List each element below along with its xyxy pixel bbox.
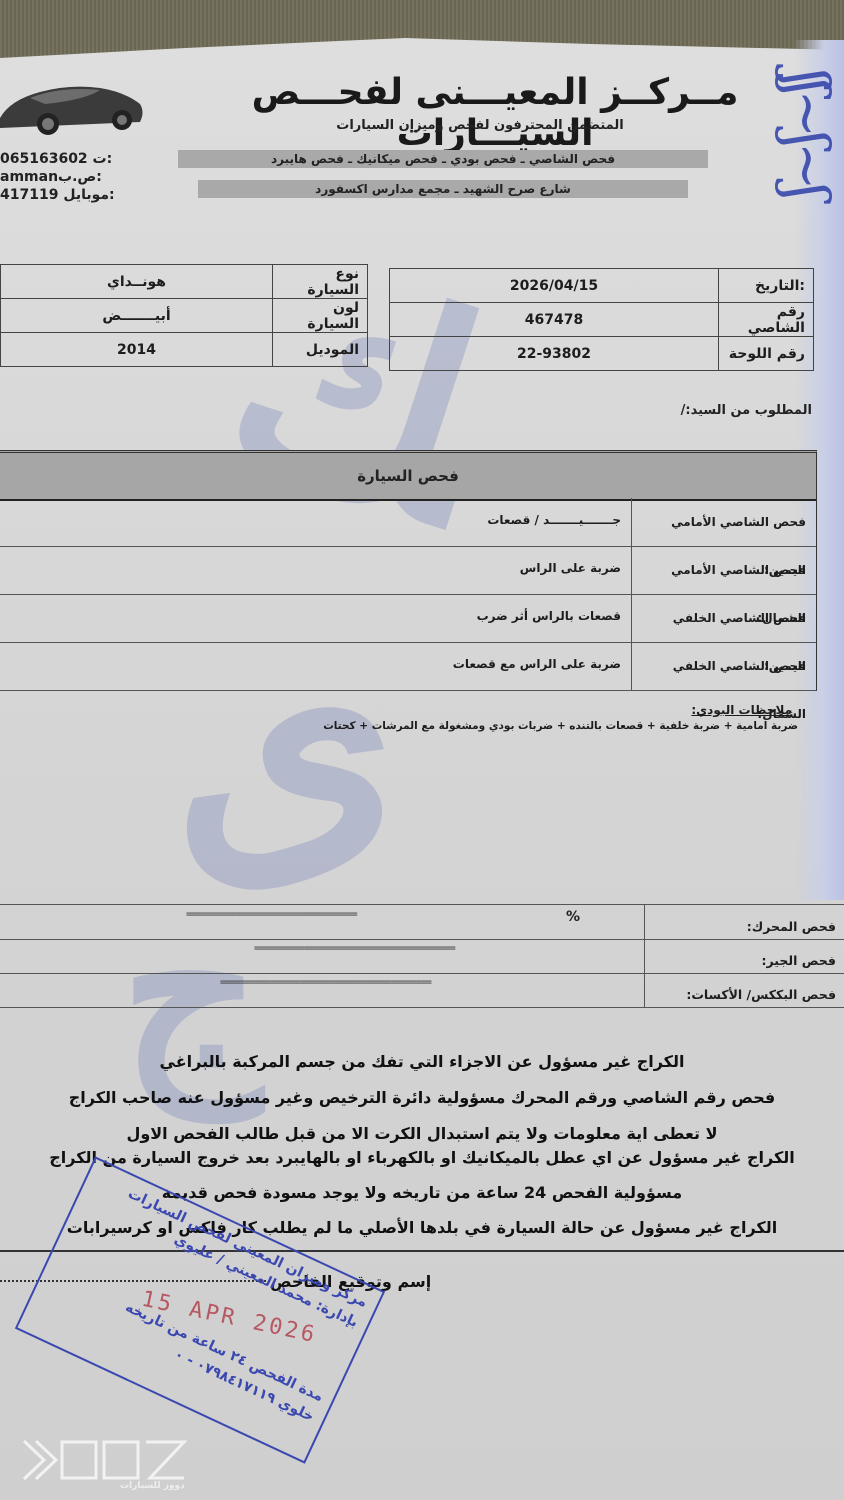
center-title: مــركــز المعيـــنى لفحـــص السيـــارات	[170, 72, 820, 154]
mech-row-gear: فحص الجير: =============================…	[0, 939, 844, 974]
inspection-id-table: 2026/04/15 التاريخ: 467478 رقم الشاصي 22…	[389, 268, 814, 371]
table-row: 22-93802 رقم اللوحة	[390, 337, 814, 371]
check-row-front-left: فحص الشاصي الأمامي الشمال: ضربة على الرا…	[0, 546, 817, 595]
table-row: هونــداي نوع السيارة	[1, 265, 368, 299]
check-row-rear-left: فحص الشاصي الخلفي الشمال: ضربة على الراس…	[0, 642, 817, 691]
table-row: أبيـــــــض لون السيارة	[1, 299, 368, 333]
car-make-label: نوع السيارة	[273, 265, 368, 299]
disclaimer-line: لا تعطى اية معلومات ولا يتم استبدال الكر…	[0, 1124, 844, 1143]
table-row: 467478 رقم الشاصي	[390, 303, 814, 337]
services-bar: فحص الشاصي ـ فحص بودي ـ فحص ميكانيك ـ فح…	[178, 150, 708, 168]
car-model-label: الموديل	[273, 333, 368, 367]
pobox-value: amman	[0, 169, 58, 185]
check-label: فحص الشاصي الأمامي الشمال:	[631, 546, 816, 594]
mech-row-axles: فحص البككس/ الأكسات: ===================…	[0, 973, 844, 1008]
check-value: جـــــــيـــــــد / قصعات	[487, 498, 621, 546]
check-value: قصعات بالراس أثر ضرب	[477, 594, 621, 642]
chassis-number-value: 467478	[390, 303, 719, 337]
section-title-car-inspection: فحص السيارة	[0, 450, 817, 501]
car-logo-icon	[0, 78, 145, 138]
phone-line: 065163602 ت:	[0, 150, 115, 168]
plate-number-value: 22-93802	[390, 337, 719, 371]
mobile-label: موبايل:	[63, 187, 114, 203]
date-label: التاريخ:	[719, 269, 814, 303]
table-row: 2026/04/15 التاريخ:	[390, 269, 814, 303]
disclaimer-line: الكراج غير مسؤول عن الاجزاء التي تفك من …	[0, 1052, 844, 1071]
pobox-label: ص.ب:	[58, 169, 102, 185]
phone-value: 065163602	[0, 151, 88, 167]
dooz-subtitle: دووز للسيارات	[120, 1481, 185, 1491]
mech-row-engine: فحص المحرك: % ==========================…	[0, 905, 844, 940]
car-color-label: لون السيارة	[273, 299, 368, 333]
mobile-value: 417119	[0, 187, 58, 203]
body-notes-text: ضربة امامية + ضربة خلفية + قصعات بالتنده…	[323, 720, 798, 732]
mech-value: ========================================…	[220, 977, 431, 988]
car-make-value: هونــداي	[1, 265, 273, 299]
check-value: ضربة على الراس مع قصعات	[453, 642, 621, 690]
requested-from-label: المطلوب من السيد:/	[681, 403, 812, 418]
disclaimer-line: فحص رقم الشاصي ورقم المحرك مسؤولية دائرة…	[0, 1088, 844, 1107]
pobox-line: ammanص.ب:	[0, 168, 115, 186]
check-row-front-right: فحص الشاصي الأمامي اليمين: جـــــــيــــ…	[0, 498, 817, 547]
car-color-value: أبيـــــــض	[1, 299, 273, 333]
address-bar: شارع صرح الشهيد ـ مجمع مدارس اكسفورد	[198, 180, 688, 198]
check-label: فحص الشاصي الخلفي اليمين:	[631, 594, 816, 642]
check-label: فحص الشاصي الخلفي الشمال:	[631, 642, 816, 690]
mobile-line: 417119 موبايل:	[0, 186, 115, 204]
disclaimer-line: الكراج غير مسؤول عن اي عطل بالميكانيك او…	[0, 1148, 844, 1167]
check-label: فحص الشاصي الأمامي اليمين:	[631, 498, 816, 546]
check-row-rear-right: فحص الشاصي الخلفي اليمين: قصعات بالراس أ…	[0, 594, 817, 643]
mech-label: فحص البككس/ الأكسات:	[644, 973, 844, 1007]
mech-value: ========================================	[254, 943, 455, 954]
mech-value: ==================================	[186, 909, 357, 920]
phone-label: ت:	[93, 151, 113, 167]
engine-percent: %	[566, 909, 580, 925]
dooz-logo-icon	[22, 1438, 187, 1483]
plate-number-label: رقم اللوحة	[719, 337, 814, 371]
vehicle-type-table: هونــداي نوع السيارة أبيـــــــض لون الس…	[0, 264, 368, 367]
table-row: 2014 الموديل	[1, 333, 368, 367]
mech-label: فحص المحرك:	[644, 905, 844, 939]
center-subtitle: المتضمن المحترفون لفحص وميزان السيارات	[330, 118, 630, 133]
contact-block: 065163602 ت: ammanص.ب: 417119 موبايل:	[0, 150, 115, 204]
chassis-number-label: رقم الشاصي	[719, 303, 814, 337]
car-model-value: 2014	[1, 333, 273, 367]
body-notes-title: ملاحظات البودي:	[691, 703, 792, 717]
check-value: ضربة على الراس	[520, 546, 621, 594]
date-value: 2026/04/15	[390, 269, 719, 303]
mech-label: فحص الجير:	[644, 939, 844, 973]
